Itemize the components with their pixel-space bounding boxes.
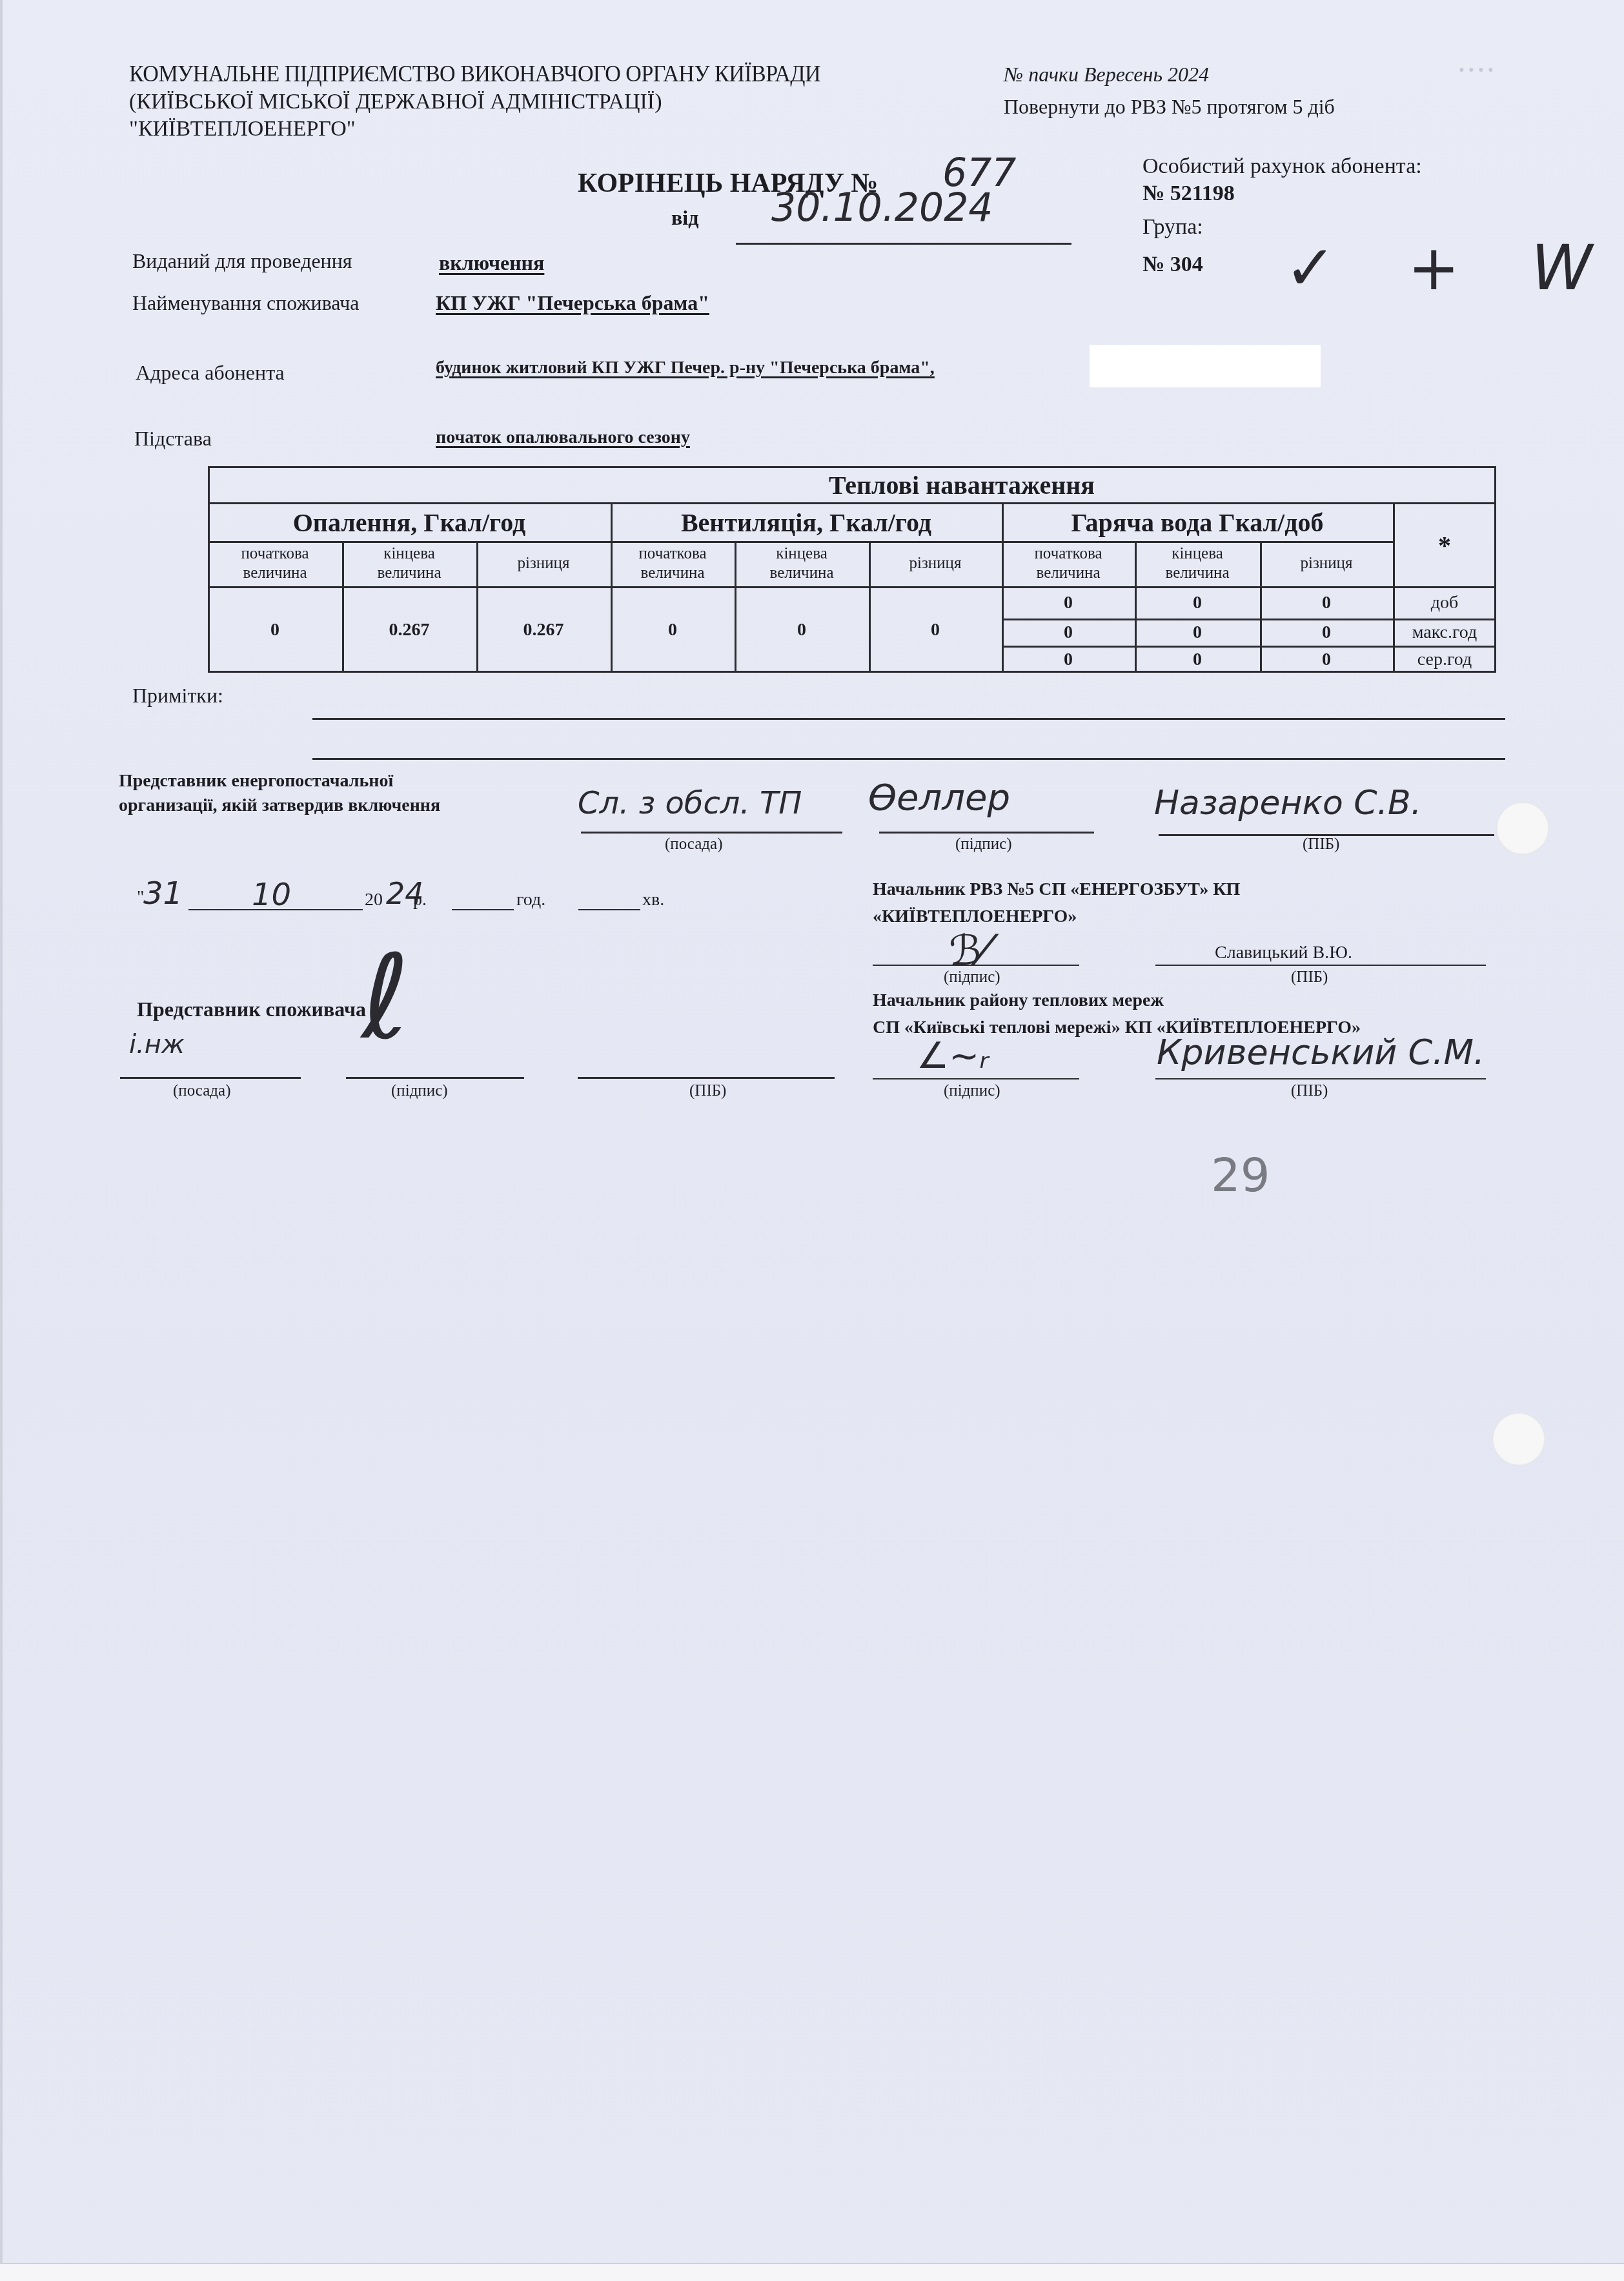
notes-line-1[interactable] <box>312 718 1505 720</box>
rvz-head-signature: ℬ⁄ <box>949 930 988 972</box>
consumer-name-caption: (ПІБ) <box>689 1082 726 1100</box>
supplier-rep-label-line2: организації, якій затвердив включення <box>119 795 440 816</box>
hot-water-day-unit: доб <box>1393 588 1496 619</box>
supplier-rep-label-line1: Представник енергопостачальної <box>119 771 393 792</box>
hot-water-max-diff: 0 <box>1260 620 1393 646</box>
group-number: № 304 <box>1142 252 1203 278</box>
group-label: Група: <box>1142 214 1203 240</box>
month-line <box>188 909 363 910</box>
consumer-value: КП УЖГ "Печерська брама" <box>436 291 709 315</box>
ventilation-initial-header: початковавеличина <box>611 541 735 586</box>
year-prefix: 20 <box>365 890 383 910</box>
hot-water-max-initial: 0 <box>1002 620 1135 646</box>
hot-water-diff-header: різниця <box>1260 541 1393 586</box>
minute-line[interactable] <box>578 909 640 910</box>
scan-edge <box>0 0 3 2263</box>
hot-water-day-diff: 0 <box>1260 588 1393 619</box>
star-header: * <box>1393 504 1496 586</box>
scanned-page: КОМУНАЛЬНЕ ПІДПРИЄМСТВО ВИКОНАВЧОГО ОРГА… <box>0 0 1624 2281</box>
hot-water-day-final: 0 <box>1135 588 1260 619</box>
network-name-line <box>1155 1078 1486 1079</box>
hour-label: год. <box>516 890 545 910</box>
ventilation-diff-header: різниця <box>869 541 1002 586</box>
ventilation-diff-value: 0 <box>869 588 1002 673</box>
heating-initial-value: 0 <box>208 588 342 673</box>
minute-label: хв. <box>642 890 664 910</box>
month-handwritten: 10 <box>252 878 291 912</box>
org-name-line2: (КИЇВСЬКОЇ МІСЬКОЇ ДЕРЖАВНОЇ АДМІНІСТРАЦ… <box>129 89 662 115</box>
basis-value: початок опалювального сезону <box>436 427 690 448</box>
supplier-position-line <box>581 832 842 834</box>
network-name-caption: (ПІБ) <box>1291 1082 1328 1100</box>
hot-water-avg-diff: 0 <box>1260 647 1393 673</box>
notes-line-2[interactable] <box>312 758 1505 760</box>
network-signature-caption: (підпис) <box>944 1082 1000 1100</box>
handwritten-check-marks: ✓ + W <box>1284 232 1618 303</box>
day-handwritten: 31 <box>143 877 183 910</box>
consumer-signature-caption: (підпис) <box>391 1082 448 1100</box>
supplier-signature-line <box>879 832 1094 834</box>
ventilation-initial-value: 0 <box>611 588 735 673</box>
hot-water-day-initial: 0 <box>1002 588 1135 619</box>
year-suffix: р. <box>413 890 427 910</box>
binding-hole-2 <box>1492 1413 1545 1466</box>
ventilation-header: Вентиляція, Гкал/год <box>611 504 1002 541</box>
consumer-rep-label: Представник споживача <box>137 997 366 1021</box>
rvz-head-label-line1: Начальник РВЗ №5 СП «ЕНЕРГОЗБУТ» КП <box>873 879 1240 900</box>
network-head-label-line1: Начальник району теплових мереж <box>873 990 1164 1011</box>
hot-water-avg-unit: сер.год <box>1393 647 1496 673</box>
supplier-rep-signature: Ѳеллер <box>868 779 1010 817</box>
binding-hole-1 <box>1496 802 1549 855</box>
consumer-name-line <box>578 1077 835 1079</box>
address-value: будинок житловий КП УЖГ Печер. р-ну "Печ… <box>436 358 935 378</box>
date-label: від <box>671 205 698 230</box>
hot-water-avg-final: 0 <box>1135 647 1260 673</box>
table-title: Теплові навантаження <box>208 466 1496 504</box>
rvz-head-label-line2: «КИЇВТЕПЛОЕНЕРГО» <box>873 906 1077 927</box>
ventilation-final-value: 0 <box>735 588 869 673</box>
scan-bottom-edge <box>0 2263 1624 2281</box>
supplier-name-caption: (ПІБ) <box>1303 835 1339 854</box>
issued-for-value: включення <box>439 251 544 275</box>
hot-water-avg-initial: 0 <box>1002 647 1135 673</box>
rvz-signature-line <box>873 965 1079 966</box>
consumer-rep-signature: ℓ <box>361 934 409 1063</box>
consumer-label: Найменування споживача <box>132 291 360 315</box>
date-underline <box>736 243 1071 245</box>
consumer-signature-line <box>346 1077 524 1079</box>
address-label: Адреса абонента <box>136 360 285 385</box>
return-note: Повернути до РВЗ №5 протягом 5 діб <box>1004 94 1335 119</box>
consumer-position-line <box>120 1077 301 1079</box>
hour-line[interactable] <box>452 909 514 910</box>
punch-marks: • • • • <box>1459 62 1494 80</box>
heating-header: Опалення, Гкал/год <box>208 504 611 541</box>
hot-water-header: Гаряча вода Гкал/доб <box>1002 504 1393 541</box>
rvz-name-line <box>1155 965 1486 966</box>
hot-water-max-unit: макс.год <box>1393 620 1496 646</box>
notes-label: Примітки: <box>132 683 223 708</box>
supplier-position-caption: (посада) <box>665 835 722 854</box>
network-head-name-handwritten: Кривенський С.М. <box>1157 1033 1485 1072</box>
batch-label: № пачки Вересень 2024 <box>1004 62 1209 87</box>
account-label: Особистий рахунок абонента: <box>1142 154 1422 179</box>
rvz-name-caption: (ПІБ) <box>1291 968 1328 987</box>
rvz-signature-caption: (підпис) <box>944 968 1000 987</box>
heating-final-value: 0.267 <box>342 588 476 673</box>
account-number: № 521198 <box>1142 181 1235 207</box>
redacted-address-part <box>1090 345 1321 387</box>
consumer-position-caption: (посада) <box>173 1082 230 1100</box>
order-date-handwritten: 30.10.2024 <box>771 187 993 229</box>
ventilation-final-header: кінцевавеличина <box>735 541 869 586</box>
basis-label: Підстава <box>134 426 212 451</box>
rvz-head-name: Славицький В.Ю. <box>1215 943 1352 963</box>
page-number-handwritten: 29 <box>1211 1149 1270 1201</box>
network-head-signature: ∠~ᵣ <box>917 1037 989 1076</box>
heating-final-header: кінцевавеличина <box>342 541 476 586</box>
issued-for-label: Виданий для проведення <box>132 249 352 273</box>
hot-water-initial-header: початковавеличина <box>1002 541 1135 586</box>
org-name-line3: "КИЇВТЕПЛОЕНЕРГО" <box>129 116 356 142</box>
heating-initial-header: початковавеличина <box>208 541 342 586</box>
heating-diff-value: 0.267 <box>476 588 611 673</box>
org-name-line1: КОМУНАЛЬНЕ ПІДПРИЄМСТВО ВИКОНАВЧОГО ОРГА… <box>129 61 820 88</box>
supplier-rep-name-handwritten: Назаренко С.В. <box>1154 785 1421 821</box>
hot-water-max-final: 0 <box>1135 620 1260 646</box>
hot-water-final-header: кінцевавеличина <box>1135 541 1260 586</box>
supplier-rep-position-handwritten: Сл. з обсл. ТП <box>578 786 802 820</box>
supplier-signature-caption: (підпис) <box>955 835 1012 854</box>
consumer-rep-position-handwritten: і.нж <box>129 1030 185 1059</box>
heating-diff-header: різниця <box>476 541 611 586</box>
network-signature-line <box>873 1078 1079 1079</box>
